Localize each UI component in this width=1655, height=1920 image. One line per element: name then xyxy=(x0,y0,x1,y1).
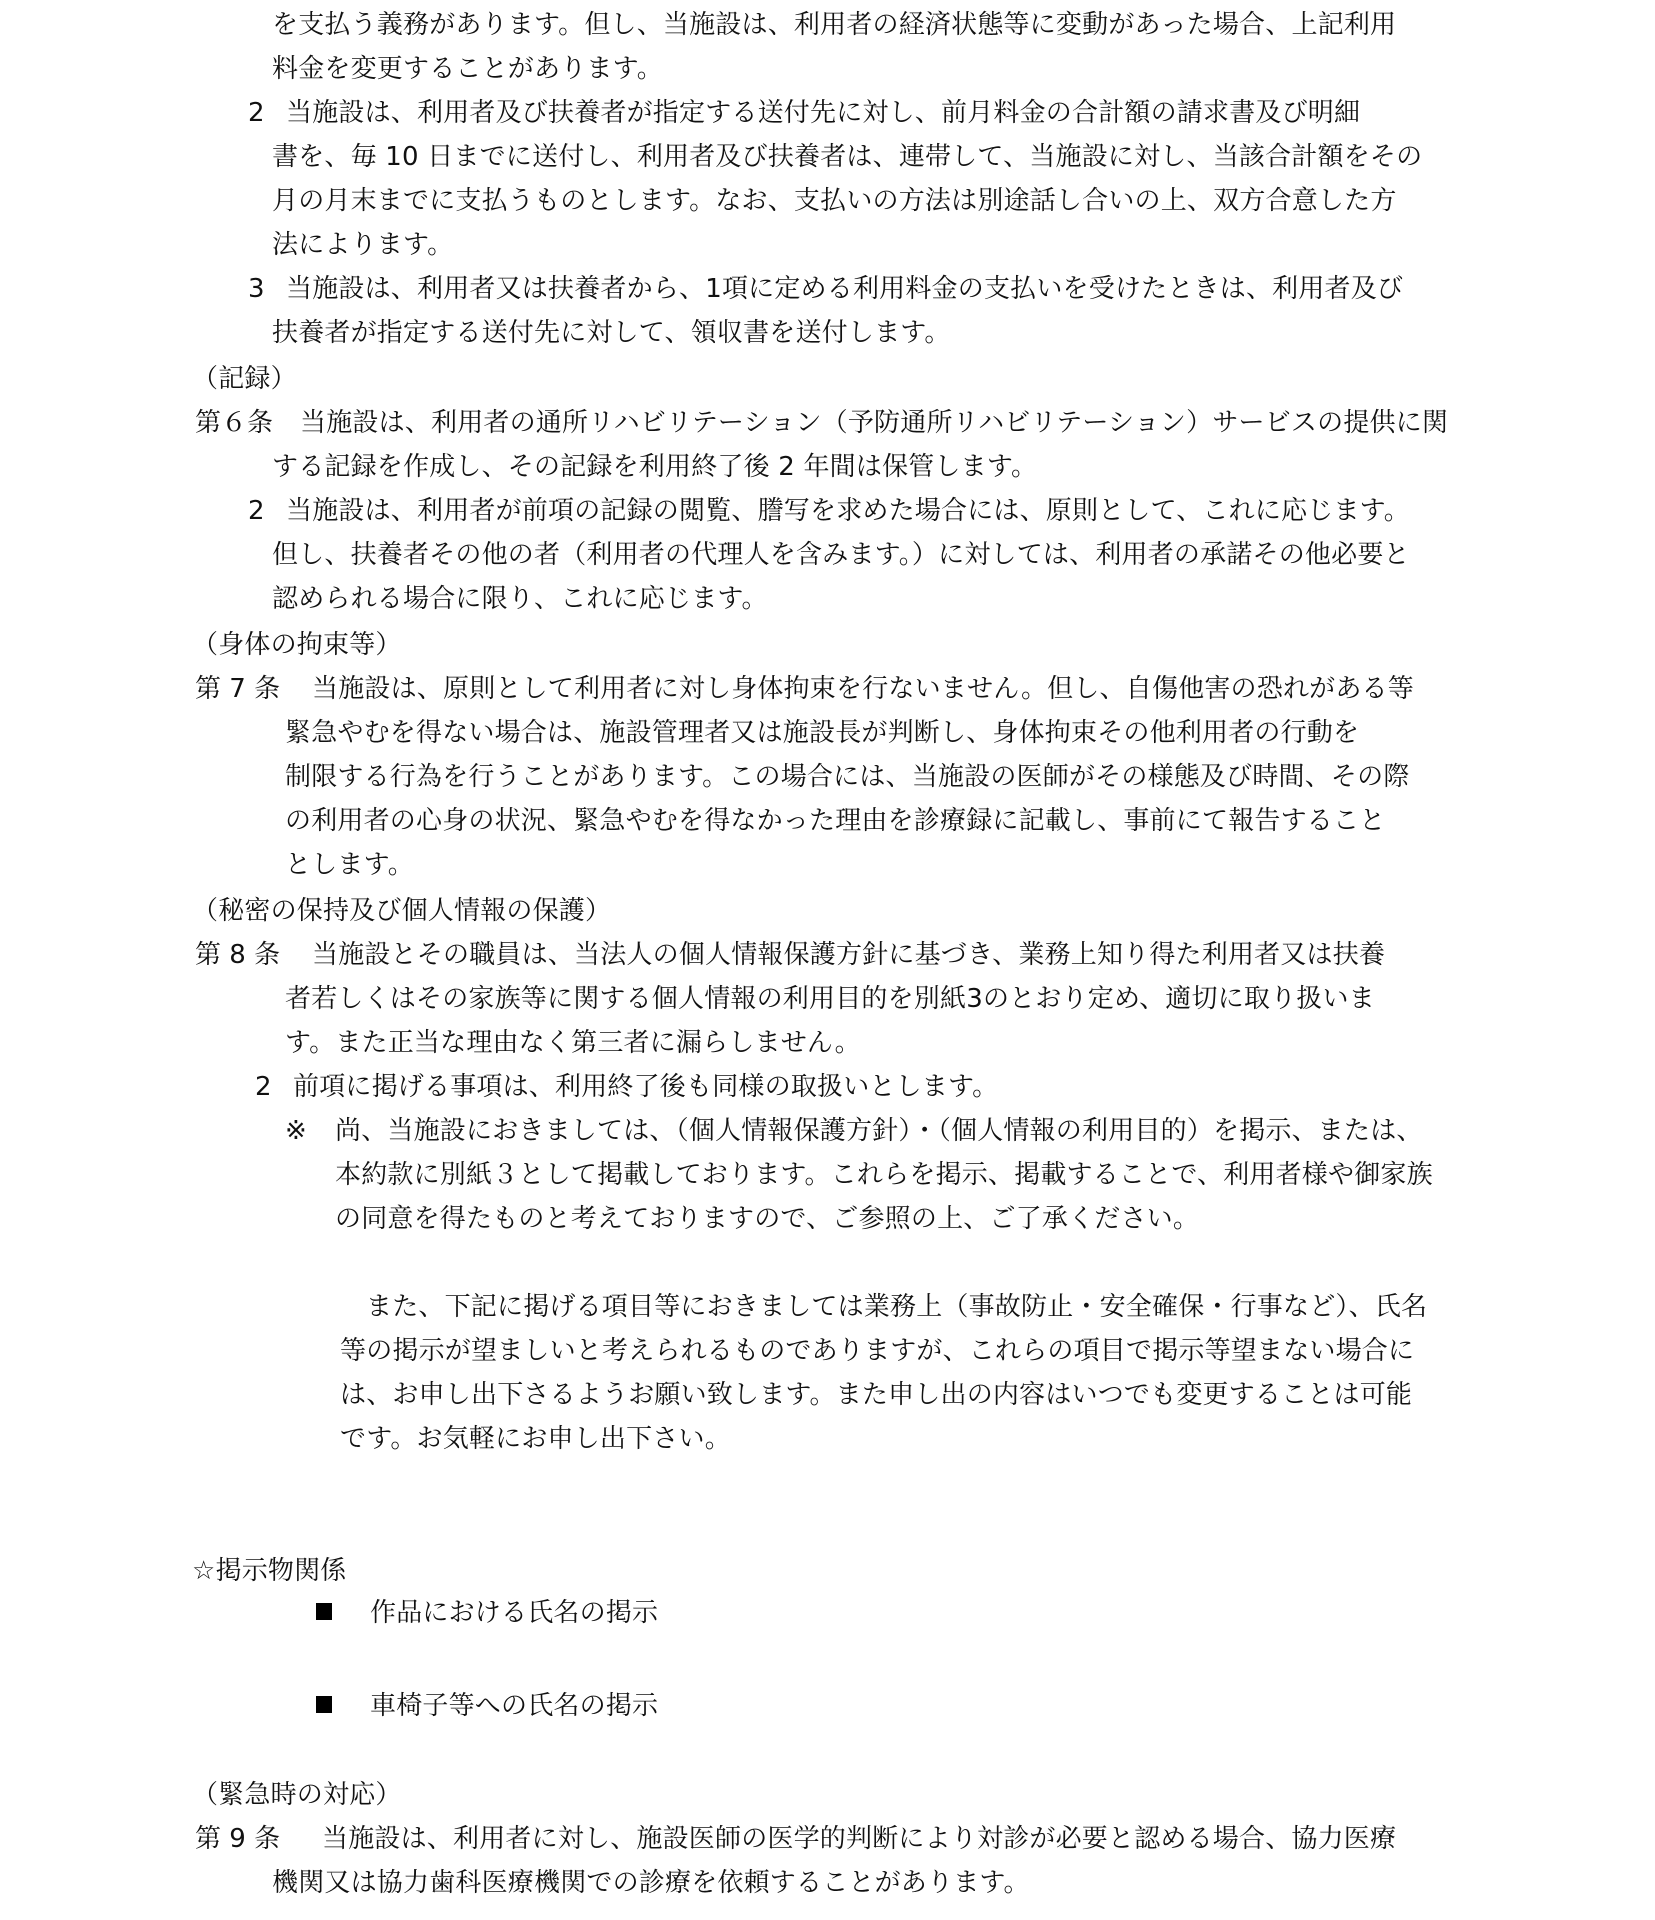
text-line: 者若しくはその家族等に関する個人情報の利用目的を別紙3のとおり定め、適切に取り扱… xyxy=(285,982,1375,1016)
text-line: とします。 xyxy=(285,848,414,882)
item-number: 2 xyxy=(248,96,265,130)
text-line: を支払う義務があります。但し、当施設は、利用者の経済状態等に変動があった場合、上… xyxy=(272,8,1396,42)
article-label: 第６条 xyxy=(195,406,273,440)
text-line: 但し、扶養者その他の者（利用者の代理人を含みます。）に対しては、利用者の承諾その… xyxy=(272,538,1410,572)
item-number: 2 xyxy=(248,494,265,528)
text-line: 当施設は、原則として利用者に対し身体拘束を行ないません。但し、自傷他害の恐れがあ… xyxy=(312,672,1414,706)
text-line: 扶養者が指定する送付先に対して、領収書を送付します。 xyxy=(272,316,951,350)
article-label: 第 8 条 xyxy=(195,938,280,972)
text-line: 当施設は、利用者に対し、施設医師の医学的判断により対診が必要と認める場合、協力医… xyxy=(322,1822,1396,1856)
document-page: を支払う義務があります。但し、当施設は、利用者の経済状態等に変動があった場合、上… xyxy=(0,0,1655,1920)
section-heading: （身体の拘束等） xyxy=(192,628,402,662)
text-line: 等の掲示が望ましいと考えられるものでありますが、これらの項目で掲示等望まない場合… xyxy=(340,1334,1414,1368)
postings-heading: ☆掲示物関係 xyxy=(192,1554,347,1588)
text-line: 料金を変更することがあります。 xyxy=(272,52,663,86)
text-line: 当施設は、利用者が前項の記録の閲覧、謄写を求めた場合には、原則として、これに応じ… xyxy=(286,494,1410,528)
section-heading: （記録） xyxy=(192,362,297,396)
text-line: 認められる場合に限り、これに応じます。 xyxy=(272,582,768,616)
article-label: 第 9 条 xyxy=(195,1822,280,1856)
posting-item: 車椅子等への氏名の掲示 xyxy=(370,1689,658,1723)
text-line: また、下記に掲げる項目等におきましては業務上（事故防止・安全確保・行事など）、氏… xyxy=(366,1290,1427,1324)
text-line: 尚、当施設におきましては、（個人情報保護方針）・（個人情報の利用目的）を掲示、ま… xyxy=(335,1114,1423,1148)
text-line: 当施設は、利用者及び扶養者が指定する送付先に対し、前月料金の合計額の請求書及び明… xyxy=(286,96,1360,130)
text-line: 機関又は協力歯科医療機関での診療を依頼することがあります。 xyxy=(272,1866,1030,1900)
text-line: 当施設は、利用者の通所リハビリテーション（予防通所リハビリテーション）サービスの… xyxy=(300,406,1448,440)
posting-item: 作品における氏名の掲示 xyxy=(370,1596,658,1630)
note-mark: ※ xyxy=(285,1114,307,1148)
text-line: 緊急やむを得ない場合は、施設管理者又は施設長が判断し、身体拘束その他利用者の行動… xyxy=(285,716,1359,750)
section-heading: （緊急時の対応） xyxy=(192,1778,402,1812)
text-line: 前項に掲げる事項は、利用終了後も同様の取扱いとします。 xyxy=(293,1070,998,1104)
square-bullet-icon xyxy=(316,1603,332,1620)
section-heading: （秘密の保持及び個人情報の保護） xyxy=(192,894,611,928)
text-line: 当施設とその職員は、当法人の個人情報保護方針に基づき、業務上知り得た利用者又は扶… xyxy=(312,938,1385,972)
article-label: 第 7 条 xyxy=(195,672,280,706)
text-line: 本約款に別紙３として掲載しております。これらを掲示、掲載することで、利用者様や御… xyxy=(335,1158,1433,1192)
text-line: は、お申し出下さるようお願い致します。また申し出の内容はいつでも変更することは可… xyxy=(340,1378,1412,1412)
text-line: の同意を得たものと考えておりますので、ご参照の上、ご了承ください。 xyxy=(335,1202,1199,1236)
square-bullet-icon xyxy=(316,1696,332,1713)
text-line: 当施設は、利用者又は扶養者から、1項に定める利用料金の支払いを受けたときは、利用… xyxy=(286,272,1403,306)
text-line: 制限する行為を行うことがあります。この場合には、当施設の医師がその様態及び時間、… xyxy=(285,760,1410,794)
text-line: す。また正当な理由なく第三者に漏らしません。 xyxy=(285,1026,861,1060)
text-line: です。お気軽にお申し出下さい。 xyxy=(340,1422,731,1456)
text-line: の利用者の心身の状況、緊急やむを得なかった理由を診療録に記載し、事前にて報告する… xyxy=(285,804,1385,838)
text-line: する記録を作成し、その記録を利用終了後 2 年間は保管します。 xyxy=(272,450,1037,484)
text-line: 月の月末までに支払うものとします。なお、支払いの方法は別途話し合いの上、双方合意… xyxy=(272,184,1397,218)
text-line: 書を、毎 10 日までに送付し、利用者及び扶養者は、連帯して、当施設に対し、当該… xyxy=(272,140,1422,174)
text-line: 法によります。 xyxy=(272,228,453,262)
item-number: 3 xyxy=(248,272,265,306)
item-number: 2 xyxy=(255,1070,272,1104)
